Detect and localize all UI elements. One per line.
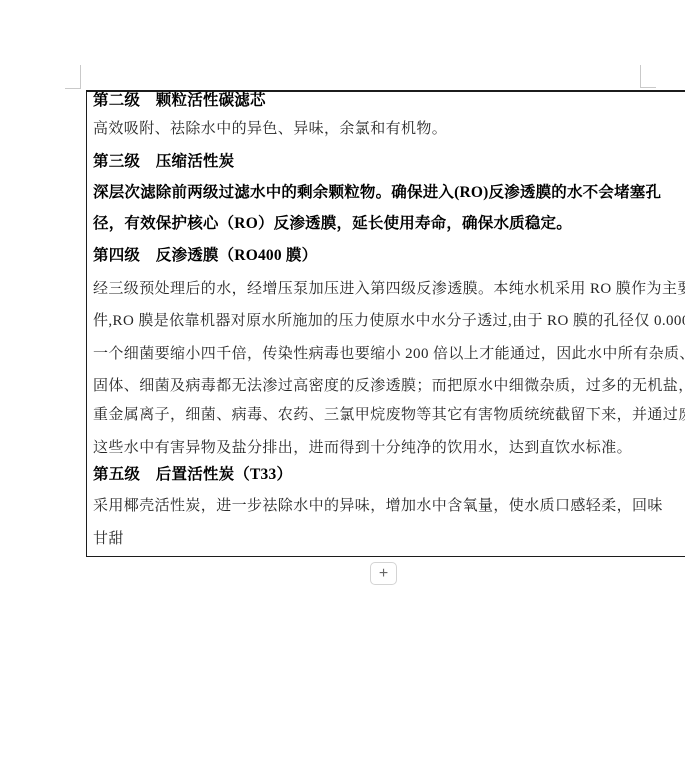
body-stage3-line1[interactable]: 深层次滤除前两级过滤水中的剩余颗粒物。确保进入(RO)反渗透膜的水不会堵塞孔 — [93, 184, 661, 201]
margin-crop-mark-right-vertical — [640, 65, 641, 87]
body-stage4-line1[interactable]: 经三级预处理后的水，经增压泵加压进入第四级反渗透膜。本纯水机采用 RO 膜作为主… — [93, 281, 685, 298]
margin-crop-mark-right-horizontal — [640, 87, 656, 88]
margin-crop-mark-left-horizontal — [65, 88, 81, 89]
body-stage2[interactable]: 高效吸附、祛除水中的异色、异味，余氯和有机物。 — [93, 121, 447, 138]
body-stage4-line4[interactable]: 固体、细菌及病毒都无法渗过高密度的反渗透膜；而把原水中细微杂质，过多的无机盐，有… — [93, 378, 685, 395]
plus-icon: + — [379, 565, 388, 583]
heading-stage5[interactable]: 第五级 后置活性炭（T33） — [93, 466, 292, 483]
insert-content-button[interactable]: + — [370, 562, 397, 585]
body-stage3-line2[interactable]: 径，有效保护核心（RO）反渗透膜，延长使用寿命，确保水质稳定。 — [93, 215, 572, 232]
body-stage4-line6[interactable]: 这些水中有害异物及盐分排出，进而得到十分纯净的饮用水，达到直饮水标准。 — [93, 440, 632, 457]
margin-crop-mark-left-vertical — [80, 65, 81, 88]
heading-stage4[interactable]: 第四级 反渗透膜（RO400 膜） — [93, 247, 317, 264]
heading-stage2[interactable]: 第二级 颗粒活性碳滤芯 — [93, 92, 266, 109]
body-stage4-line3[interactable]: 一个细菌要缩小四千倍，传染性病毒也要缩小 200 倍以上才能通过，因此水中所有杂… — [93, 346, 685, 363]
body-stage5-line2[interactable]: 甘甜 — [93, 531, 124, 548]
body-stage4-line5[interactable]: 重金属离子，细菌、病毒、农药、三氯甲烷废物等其它有害物质统统截留下来，并通过废水… — [93, 407, 685, 424]
heading-stage3[interactable]: 第三级 压缩活性炭 — [93, 153, 234, 170]
body-stage5-line1[interactable]: 采用椰壳活性炭，进一步祛除水中的异味，增加水中含氧量，使水质口感轻柔，回味 — [93, 498, 663, 515]
body-stage4-line2[interactable]: 件,RO 膜是依靠机器对原水所施加的压力使原水中水分子透过,由于 RO 膜的孔径… — [93, 313, 685, 330]
document-page: 第二级 颗粒活性碳滤芯 高效吸附、祛除水中的异色、异味，余氯和有机物。 第三级 … — [0, 0, 685, 777]
